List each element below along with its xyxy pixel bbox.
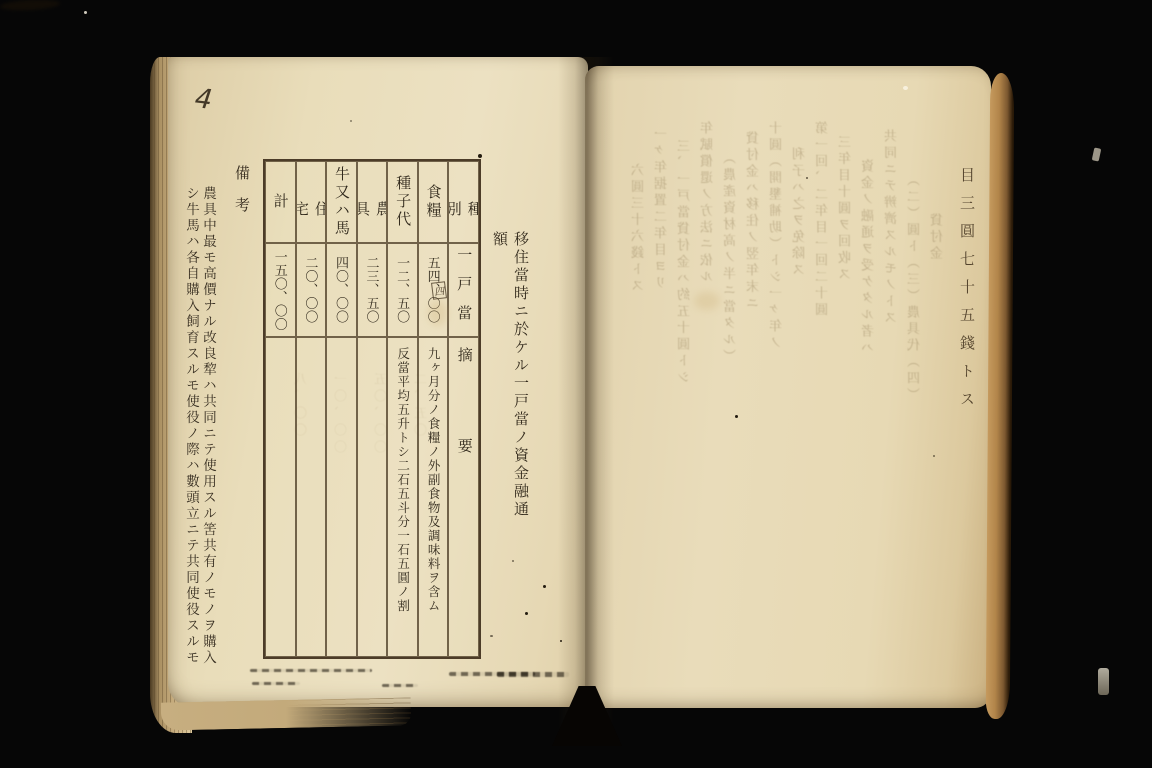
table-header-summary: 摘要 xyxy=(448,337,479,657)
row-cattle-name: 牛又ハ馬 xyxy=(326,161,357,243)
right-fore-edge xyxy=(986,73,1015,719)
debris-speck xyxy=(84,11,87,14)
book-gutter-shadow xyxy=(558,57,614,733)
handwritten-correction: 四 xyxy=(431,281,447,300)
bleed-col: 六圓三十六錢トス xyxy=(627,163,650,696)
row-total-name: 計 xyxy=(265,161,296,243)
bleed-col: 利子ハ之ヲ免除ス xyxy=(788,147,811,696)
bleed-col: 第一回、二年目一回二十圓 xyxy=(811,121,834,696)
bleed-col: 貸付金 xyxy=(926,213,949,696)
bleed-col: 一ヶ年据置二年目ヨリ xyxy=(650,127,673,696)
row-seed-amount: 一二、五〇 xyxy=(387,243,418,337)
row-total-note xyxy=(265,337,296,657)
smear-mark xyxy=(252,682,300,685)
table-title: 移住當時ニ於ケル一戸當ノ資金融通額 xyxy=(489,231,531,531)
bleed-col: 三年目十圓ヲ回收ス xyxy=(834,135,857,696)
bleed-col: 三、一戸當貸付金ハ約五十圓トシ xyxy=(673,139,696,696)
row-housing-note xyxy=(296,337,327,657)
bleed-col: 貸付金ハ移住ノ翌年末ニ xyxy=(742,131,765,696)
paper-speck xyxy=(903,86,908,90)
remarks-label: 備考 xyxy=(231,165,252,229)
foxing-stain xyxy=(428,300,448,326)
bleed-col: 共同ニテ辨濟スルモノトス xyxy=(880,129,903,696)
ink-dot xyxy=(478,154,482,158)
ink-dot xyxy=(525,612,528,615)
bottom-page-edge-stack xyxy=(161,697,412,730)
ink-smudge xyxy=(0,0,60,12)
smear-mark xyxy=(497,672,569,677)
right-page-printed-line: 目三圓七十五錢トス xyxy=(956,167,977,447)
ink-dot xyxy=(512,560,514,562)
ink-dot xyxy=(933,455,935,457)
row-total-amount: 一五〇、〇〇 xyxy=(265,243,296,337)
table-header-amount: 一戸當 xyxy=(448,243,479,337)
bleed-col: 十圓（開墾補助）トシ一ヶ年ノ xyxy=(765,121,788,696)
right-page-bleedthrough: 六圓三十六錢トス 一ヶ年据置二年目ヨリ 三、一戸當貸付金ハ約五十圓トシ 年賦償還… xyxy=(627,121,951,696)
row-cattle-amount: 四〇、〇〇 xyxy=(326,243,357,337)
bleed-col: 資金ノ融通ヲ受ケタル者ハ xyxy=(857,159,880,696)
foxing-stain xyxy=(694,292,720,310)
bleed-col: （農產資材高ノ半ニ當タル） xyxy=(719,151,742,696)
row-seed-note: 反當平均五升トシ二石五斗分一石五圓ノ割 xyxy=(387,337,418,657)
bleed-col: 年賦償還ノ方法ニ依ル xyxy=(696,121,719,696)
ink-dot xyxy=(350,120,352,122)
row-food-note: 九ヶ月分ノ食糧ノ外副食物及調味料ヲ含ム xyxy=(418,337,449,657)
row-food-name: 食糧 xyxy=(418,161,449,243)
smear-mark xyxy=(382,684,418,687)
row-housing-name: 住宅 xyxy=(296,161,327,243)
row-tools-name: 農具 xyxy=(357,161,388,243)
row-seed-name: 種子代 xyxy=(387,161,418,243)
debris-fragment xyxy=(1098,668,1109,695)
remarks-line: シ牛馬ハ各自購入飼育スルモ使役ノ際ハ數頭立ニテ共同使役スルモ xyxy=(183,186,200,670)
ink-dot xyxy=(560,640,562,642)
debris-fragment xyxy=(1092,147,1102,161)
bleed-col: （二）圓ト（三）農具代（四） xyxy=(903,173,926,696)
row-housing-amount: 二〇、〇〇 xyxy=(296,243,327,337)
remarks-line: 農具中最モ高價ナル改良犂ハ共同ニテ使用スル筈共有ノモノヲ購入 xyxy=(200,186,217,670)
funds-table: 種別 一戸當 摘要 食糧 五四、〇〇 四 九ヶ月分ノ食糧ノ外副食物及調味料ヲ含ム… xyxy=(263,159,481,659)
ink-dot xyxy=(490,635,493,637)
ink-dot xyxy=(735,415,738,418)
table-header-type: 種別 xyxy=(448,161,479,243)
ink-dot xyxy=(543,585,546,588)
smear-mark xyxy=(250,669,372,672)
ink-dot xyxy=(806,177,808,179)
row-tools-note xyxy=(357,337,388,657)
row-cattle-note xyxy=(326,337,357,657)
remarks-text: 農具中最モ高價ナル改良犂ハ共同ニテ使用スル筈共有ノモノヲ購入 シ牛馬ハ各自購入飼… xyxy=(183,186,217,670)
row-tools-amount: 二三、五〇 xyxy=(357,243,388,337)
